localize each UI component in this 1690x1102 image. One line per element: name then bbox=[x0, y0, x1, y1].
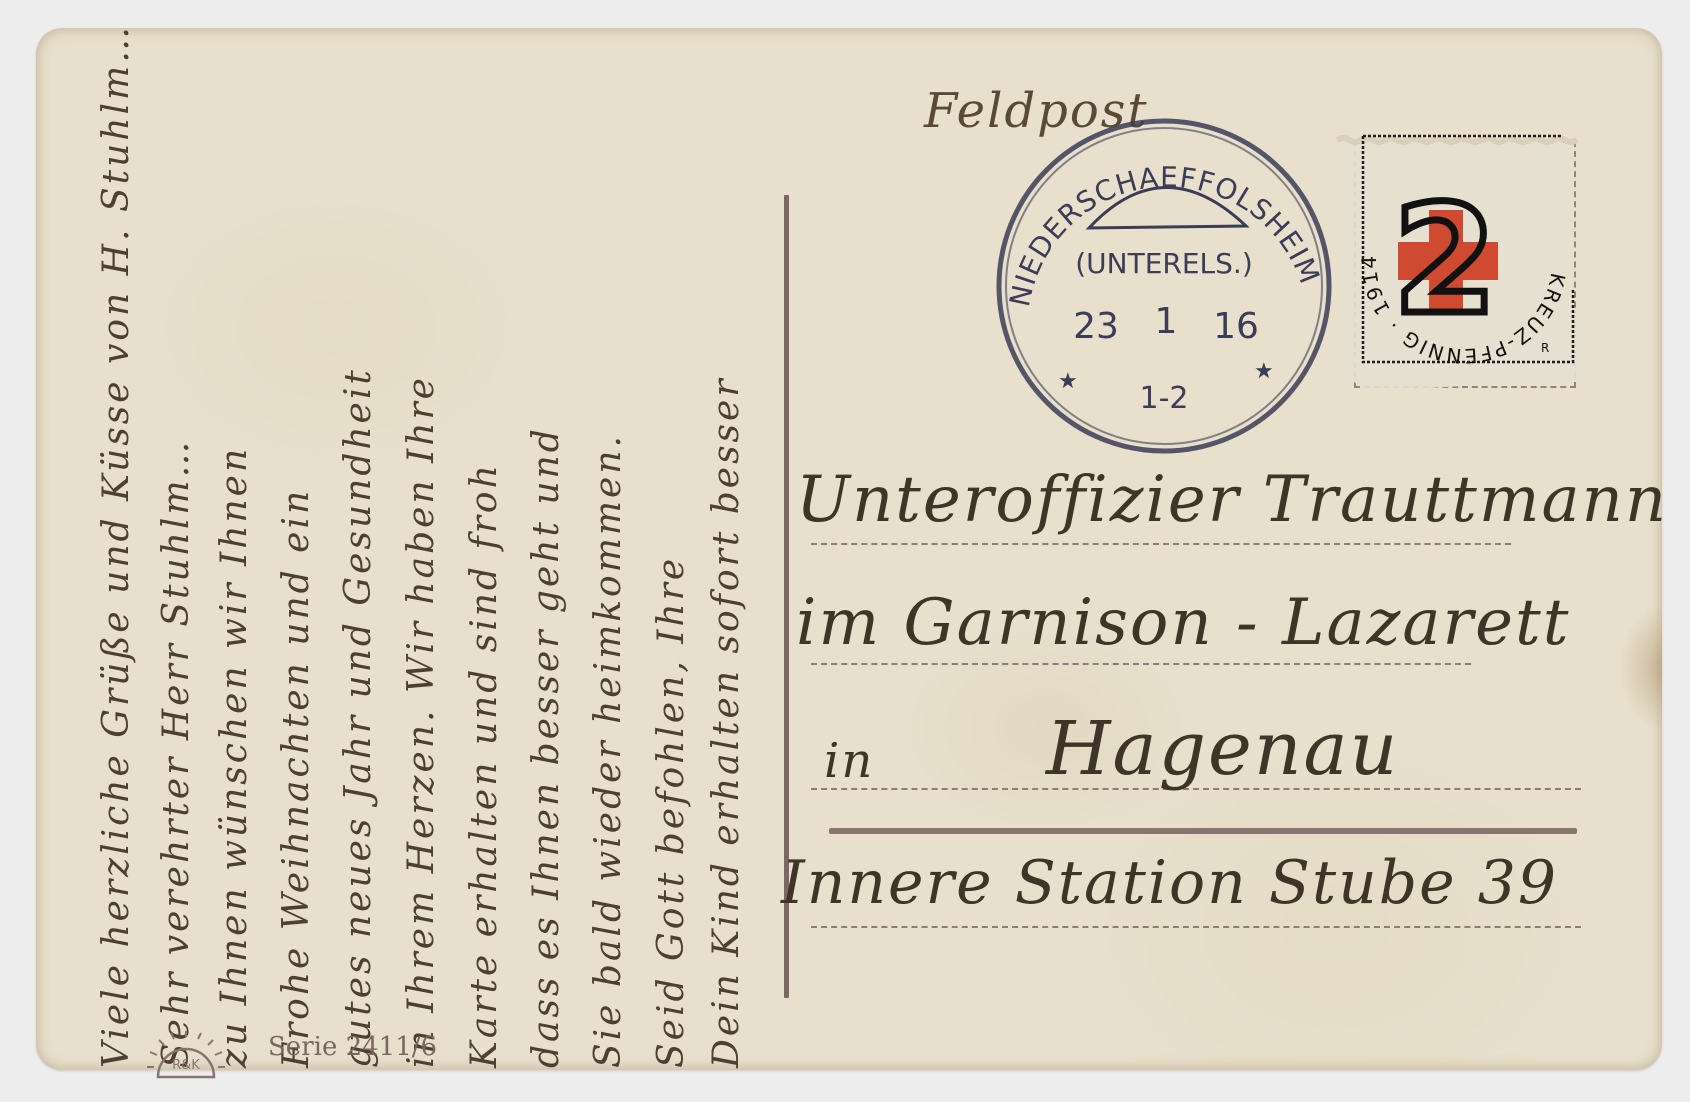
address-line-rule bbox=[811, 663, 1471, 665]
postmark-day: 23 bbox=[1073, 306, 1119, 347]
publisher-mark: R&K bbox=[146, 1031, 226, 1087]
address-city: Hagenau bbox=[1046, 706, 1399, 792]
message-signoff: Viele herzliche Grüße und Küsse von H. S… bbox=[96, 108, 137, 1068]
message-line: Sie bald wieder heimkommen. bbox=[588, 108, 629, 1068]
stamp-value: 2 bbox=[1393, 174, 1497, 348]
address-line-rule bbox=[811, 543, 1511, 545]
message-line: dass es Ihnen besser geht und bbox=[526, 108, 567, 1068]
message-line: Seid Gott befohlen, Ihre bbox=[651, 108, 692, 1068]
address-line-rule bbox=[811, 926, 1581, 928]
message-line: Karte erhalten und sind froh bbox=[464, 108, 505, 1068]
address-city-prefix: in bbox=[824, 733, 874, 789]
handwritten-message: Viele herzliche Grüße und Küsse von H. S… bbox=[96, 68, 736, 1068]
address-recipient: Unteroffizier Trauttmann bbox=[796, 463, 1668, 537]
red-cross-stamp: 2 KREUZ-PFENNIG · 1914 · UNG R bbox=[1333, 130, 1595, 392]
postmark-ring-text: NIEDERSCHAEFFOLSHEIM bbox=[1003, 161, 1326, 310]
series-number: Serie 2411/6 bbox=[268, 1032, 437, 1062]
address-room: Innere Station Stube 39 bbox=[781, 848, 1558, 918]
postmark-year: 16 bbox=[1213, 306, 1259, 347]
address-institution: im Garnison - Lazarett bbox=[796, 586, 1570, 660]
postmark-month: 1 bbox=[1155, 301, 1178, 342]
message-line: Frohe Weihnachten und ein bbox=[276, 108, 317, 1068]
postcard: Viele herzliche Grüße und Küsse von H. S… bbox=[36, 28, 1662, 1070]
message-line: Dein Kind erhalten sofort besser bbox=[706, 108, 747, 1068]
message-line: zu Ihnen wünschen wir Ihnen bbox=[214, 108, 255, 1068]
message-line: Sehr verehrter Herr Stuhlm… bbox=[156, 108, 197, 1068]
postmark-time: 1-2 bbox=[1140, 381, 1189, 416]
postmark-inner-text: (UNTERELS.) bbox=[1075, 247, 1253, 280]
postmark: NIEDERSCHAEFFOLSHEIM (UNTERELS.) 23 1 16… bbox=[984, 108, 1344, 458]
message-line: gutes neues Jahr und Gesundheit bbox=[338, 108, 379, 1068]
publisher-sun-logo-icon: R&K bbox=[146, 1031, 226, 1087]
svg-text:NIEDERSCHAEFFOLSHEIM: NIEDERSCHAEFFOLSHEIM bbox=[1003, 161, 1326, 310]
message-line: in Ihrem Herzen. Wir haben Ihre bbox=[401, 108, 442, 1068]
stamp-printer-mark: R bbox=[1541, 341, 1549, 355]
address-underline bbox=[829, 828, 1577, 834]
star-icon: ★ bbox=[1058, 369, 1078, 394]
star-icon: ★ bbox=[1254, 359, 1274, 384]
publisher-logo-text: R&K bbox=[172, 1058, 200, 1073]
